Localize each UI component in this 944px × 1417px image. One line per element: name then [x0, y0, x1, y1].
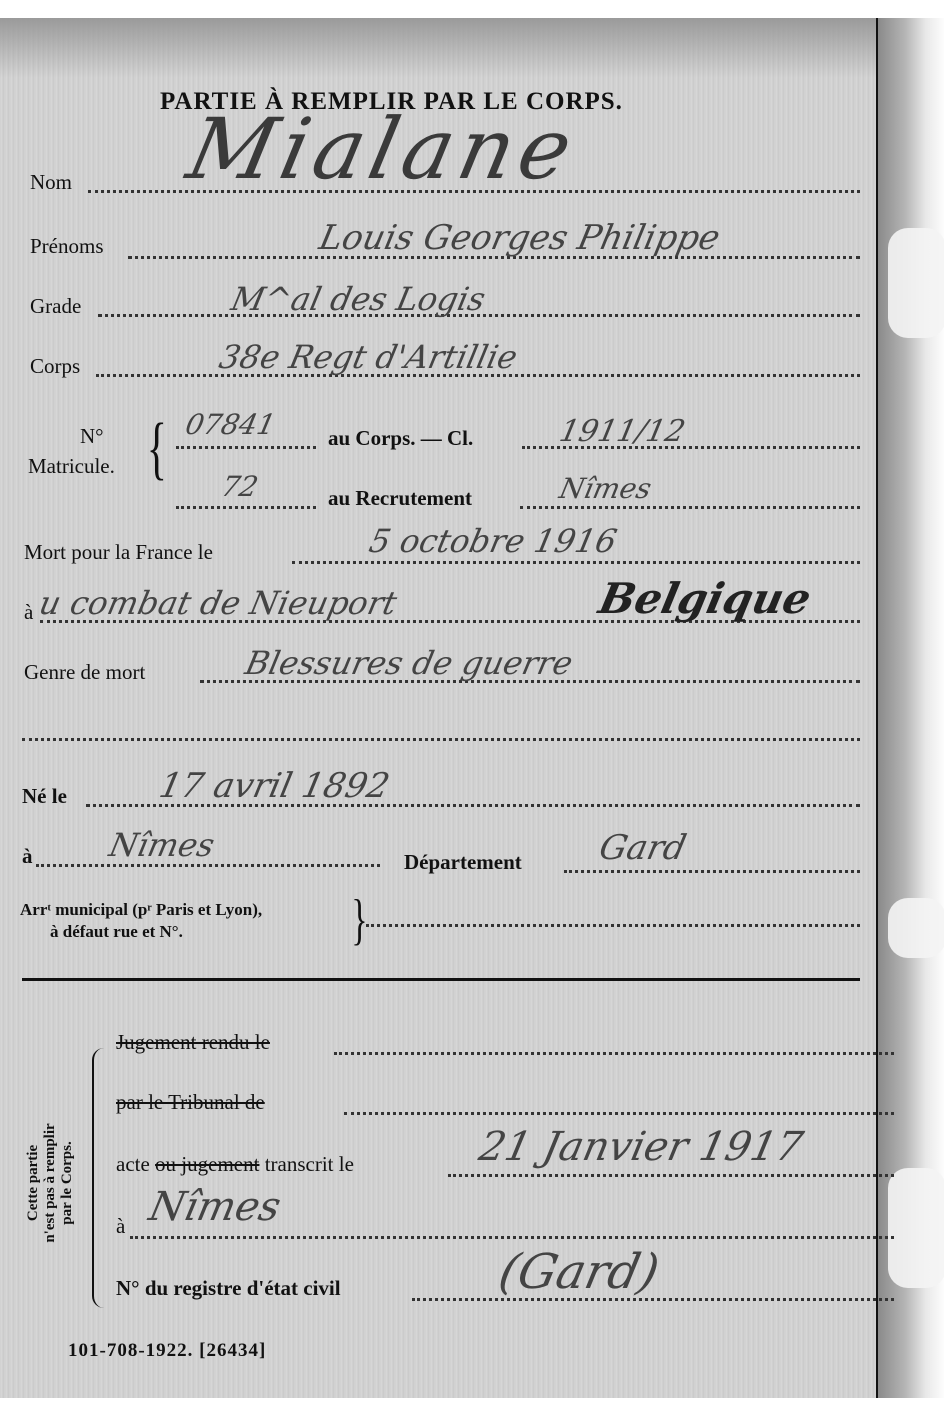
arrondissement-label-2: à défaut rue et N°. [50, 922, 183, 942]
ne-le-label: Né le [22, 784, 67, 809]
ne-a-value: Nîmes [106, 826, 218, 864]
departement-label: Département [404, 850, 522, 875]
genre-mort-value: Blessures de guerre [242, 644, 576, 682]
jugement-label: Jugement rendu le [116, 1030, 270, 1055]
matricule-label: Matricule. [28, 454, 115, 479]
lieu-mort-value: u combat de Nieuport [36, 584, 400, 622]
tribunal-label: par le Tribunal de [116, 1090, 265, 1115]
prenoms-value: Louis Georges Philippe [316, 218, 724, 258]
acte-value: 21 Janvier 1917 [475, 1124, 807, 1170]
lieu-label: à [116, 1214, 125, 1239]
tribunal-line [344, 1112, 894, 1115]
ne-le-value: 17 avril 1892 [156, 766, 393, 806]
departement-line [564, 870, 860, 873]
matricule-recrutement-number: 72 [218, 470, 261, 503]
section-divider [22, 978, 860, 981]
departement-value: Gard [596, 828, 690, 868]
registre-value: (Gard) [494, 1244, 664, 1300]
recrutement-value: Nîmes [556, 472, 654, 505]
matricule-brace: { [147, 414, 167, 484]
grade-label: Grade [30, 294, 81, 319]
side-bracket [92, 1048, 104, 1308]
prenoms-label: Prénoms [30, 234, 104, 259]
matricule-recrutement-line [176, 506, 316, 509]
au-recrutement-label: au Recrutement [328, 486, 472, 511]
matricule-corps-value: 07841 [182, 408, 278, 441]
print-reference: 101-708-1922. [26434] [68, 1340, 266, 1362]
arrondissement-brace: } [351, 892, 367, 948]
jugement-line [334, 1052, 894, 1055]
genre-mort-label: Genre de mort [24, 660, 145, 685]
matricule-corps-line [176, 446, 316, 449]
blank-line [22, 738, 860, 741]
scan-edge [876, 18, 944, 1398]
grade-value: M^al des Logis [228, 280, 489, 318]
recrutement-line [520, 506, 860, 509]
classe-value: 1911/12 [556, 414, 688, 449]
registre-label: N° du registre d'état civil [116, 1276, 341, 1301]
nom-label: Nom [30, 170, 72, 195]
corps-value: 38e Regt d'Artillie [216, 338, 521, 376]
mort-label: Mort pour la France le [24, 540, 213, 565]
mort-value: 5 octobre 1916 [366, 522, 620, 560]
registre-line [412, 1298, 894, 1301]
lieu-mort-label: à [24, 600, 33, 625]
lieu-value: Nîmes [145, 1184, 285, 1230]
acte-label: acte ou jugement transcrit le [116, 1152, 354, 1177]
arrondissement-line [366, 924, 860, 927]
mort-line [292, 561, 860, 564]
lieu-mort-country: Belgique [595, 574, 816, 623]
nom-value: Mialane [180, 100, 587, 198]
ne-a-label: à [22, 844, 33, 869]
lieu-line [130, 1236, 894, 1239]
matricule-label-no: N° [80, 424, 104, 449]
au-corps-label: au Corps. — Cl. [328, 426, 473, 451]
corps-label: Corps [30, 354, 80, 379]
ne-a-line [36, 864, 380, 867]
death-record-card: PARTIE À REMPLIR PAR LE CORPS. Nom Miala… [0, 18, 944, 1398]
acte-line [448, 1174, 894, 1177]
arrondissement-label: Arrᵗ municipal (pʳ Paris et Lyon), [20, 900, 262, 920]
